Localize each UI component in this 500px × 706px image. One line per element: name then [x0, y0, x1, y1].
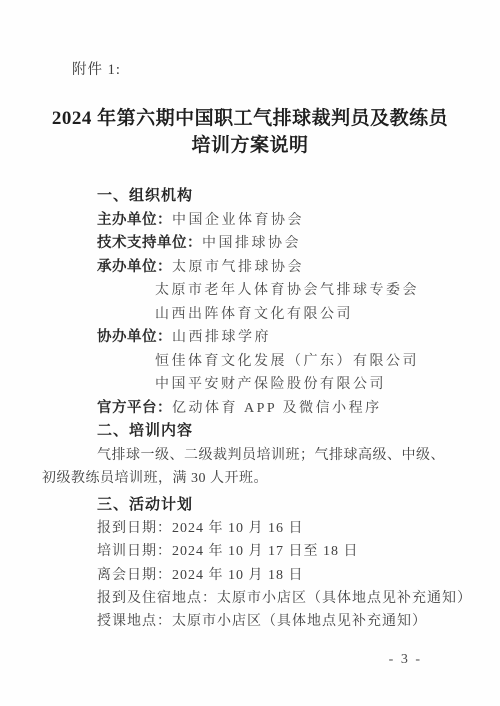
- page-number: - 3 -: [389, 652, 422, 668]
- org-row-technical-support: 技术支持单位：中国排球协会: [97, 232, 500, 256]
- plan-line-departure-date: 离会日期：2024 年 10 月 18 日: [97, 564, 500, 587]
- org-row-host: 主办单位：中国企业体育协会: [97, 209, 500, 233]
- document-title: 2024 年第六期中国职工气排球裁判员及教练员 培训方案说明: [0, 105, 500, 159]
- org-co-organizer-continuation-2: 中国平安财产保险股份有限公司: [155, 373, 500, 397]
- document-page: 附件 1: 2024 年第六期中国职工气排球裁判员及教练员 培训方案说明 一、组…: [0, 0, 500, 706]
- attachment-label: 附件 1:: [72, 62, 500, 78]
- title-line-2: 培训方案说明: [0, 132, 500, 159]
- plan-line-checkin-date: 报到日期：2024 年 10 月 16 日: [97, 517, 500, 540]
- org-value-organizer: 太原市气排球协会: [172, 260, 304, 275]
- org-organizer-continuation-2: 山西出阵体育文化有限公司: [155, 303, 500, 327]
- org-row-official-platform: 官方平台：亿动体育 APP 及微信小程序: [97, 397, 500, 421]
- org-organizer-continuation-1: 太原市老年人体育协会气排球专委会: [155, 279, 500, 303]
- plan-line-class-location: 授课地点：太原市小店区（具体地点见补充通知）: [97, 610, 500, 633]
- section-heading-activity-plan: 三、活动计划: [97, 494, 500, 518]
- plan-line-checkin-lodging-location: 报到及住宿地点：太原市小店区（具体地点见补充通知）: [97, 587, 500, 610]
- org-label-host: 主办单位：: [97, 212, 172, 228]
- org-label-organizer: 承办单位：: [97, 259, 172, 275]
- org-label-official-platform: 官方平台：: [97, 400, 172, 416]
- training-content-paragraph: 气排球一级、二级裁判员培训班；气排球高级、中级、初级教练员培训班，满 30 人开…: [42, 444, 456, 491]
- title-line-1: 2024 年第六期中国职工气排球裁判员及教练员: [0, 105, 500, 132]
- section-heading-organization: 一、组织机构: [97, 185, 500, 209]
- org-value-technical-support: 中国排球协会: [202, 236, 301, 251]
- org-value-official-platform: 亿动体育 APP 及微信小程序: [172, 401, 382, 416]
- org-row-co-organizer: 协办单位：山西排球学府: [97, 326, 500, 350]
- org-row-organizer: 承办单位：太原市气排球协会: [97, 256, 500, 280]
- org-value-co-organizer: 山西排球学府: [172, 330, 271, 345]
- section-heading-training-content: 二、培训内容: [97, 420, 500, 444]
- org-value-host: 中国企业体育协会: [172, 213, 304, 228]
- org-label-technical-support: 技术支持单位：: [97, 235, 202, 251]
- plan-line-training-date: 培训日期：2024 年 10 月 17 日至 18 日: [97, 540, 500, 563]
- org-label-co-organizer: 协办单位：: [97, 329, 172, 345]
- org-co-organizer-continuation-1: 恒佳体育文化发展（广东）有限公司: [155, 350, 500, 374]
